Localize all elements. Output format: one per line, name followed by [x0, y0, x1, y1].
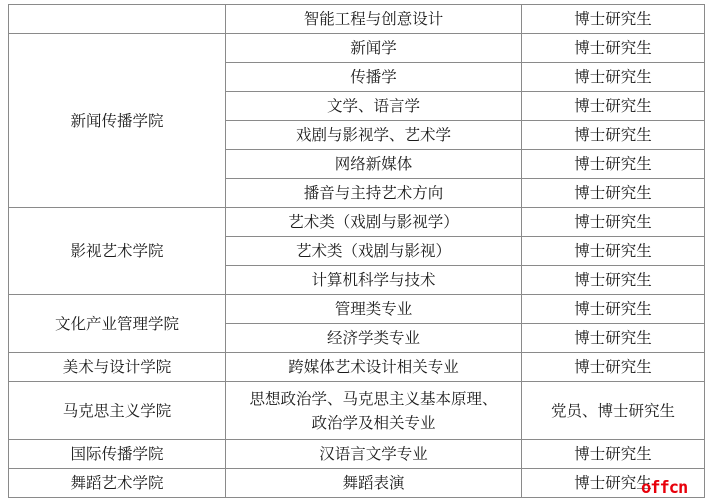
requirement-cell: 博士研究生	[522, 353, 705, 382]
major-cell: 艺术类（戏剧与影视）	[226, 237, 522, 266]
requirement-cell: 博士研究生	[522, 121, 705, 150]
requirement-cell: 博士研究生	[522, 266, 705, 295]
requirement-cell: 博士研究生	[522, 237, 705, 266]
major-cell: 文学、语言学	[226, 92, 522, 121]
college-cell: 舞蹈艺术学院	[9, 469, 226, 498]
major-line-1: 思想政治学、马克思主义基本原理、	[226, 387, 521, 411]
requirement-cell: 博士研究生	[522, 295, 705, 324]
table-row: 舞蹈艺术学院 舞蹈表演 博士研究生	[9, 469, 705, 498]
major-cell: 经济学类专业	[226, 324, 522, 353]
college-cell	[9, 5, 226, 34]
college-cell: 文化产业管理学院	[9, 295, 226, 353]
table-row: 影视艺术学院 艺术类（戏剧与影视学） 博士研究生	[9, 208, 705, 237]
major-cell: 戏剧与影视学、艺术学	[226, 121, 522, 150]
major-cell: 新闻学	[226, 34, 522, 63]
major-cell: 艺术类（戏剧与影视学）	[226, 208, 522, 237]
major-cell: 传播学	[226, 63, 522, 92]
requirement-cell: 博士研究生	[522, 179, 705, 208]
table-row: 马克思主义学院 思想政治学、马克思主义基本原理、 政治学及相关专业 党员、博士研…	[9, 382, 705, 440]
major-cell: 跨媒体艺术设计相关专业	[226, 353, 522, 382]
table-row: 文化产业管理学院 管理类专业 博士研究生	[9, 295, 705, 324]
major-cell: 思想政治学、马克思主义基本原理、 政治学及相关专业	[226, 382, 522, 440]
requirement-cell: 博士研究生	[522, 440, 705, 469]
major-cell: 智能工程与创意设计	[226, 5, 522, 34]
table-row: 美术与设计学院 跨媒体艺术设计相关专业 博士研究生	[9, 353, 705, 382]
major-line-2: 政治学及相关专业	[226, 411, 521, 435]
requirement-cell: 博士研究生	[522, 5, 705, 34]
requirement-cell: 博士研究生	[522, 63, 705, 92]
college-cell: 国际传播学院	[9, 440, 226, 469]
table-row: 智能工程与创意设计 博士研究生	[9, 5, 705, 34]
requirement-cell: 党员、博士研究生	[522, 382, 705, 440]
major-cell: 管理类专业	[226, 295, 522, 324]
major-cell: 播音与主持艺术方向	[226, 179, 522, 208]
requirement-cell: 博士研究生	[522, 324, 705, 353]
requirement-cell: 博士研究生	[522, 34, 705, 63]
college-cell: 影视艺术学院	[9, 208, 226, 295]
requirement-cell: 博士研究生	[522, 92, 705, 121]
table-row: 新闻传播学院 新闻学 博士研究生	[9, 34, 705, 63]
college-cell: 新闻传播学院	[9, 34, 226, 208]
major-cell: 舞蹈表演	[226, 469, 522, 498]
major-cell: 计算机科学与技术	[226, 266, 522, 295]
table-row: 国际传播学院 汉语言文学专业 博士研究生	[9, 440, 705, 469]
watermark-logo: offcn	[641, 478, 687, 498]
requirement-cell: 博士研究生	[522, 150, 705, 179]
requirement-cell: 博士研究生	[522, 208, 705, 237]
major-cell: 网络新媒体	[226, 150, 522, 179]
college-cell: 美术与设计学院	[9, 353, 226, 382]
college-cell: 马克思主义学院	[9, 382, 226, 440]
major-cell: 汉语言文学专业	[226, 440, 522, 469]
recruitment-table: 智能工程与创意设计 博士研究生 新闻传播学院 新闻学 博士研究生 传播学 博士研…	[8, 4, 705, 498]
